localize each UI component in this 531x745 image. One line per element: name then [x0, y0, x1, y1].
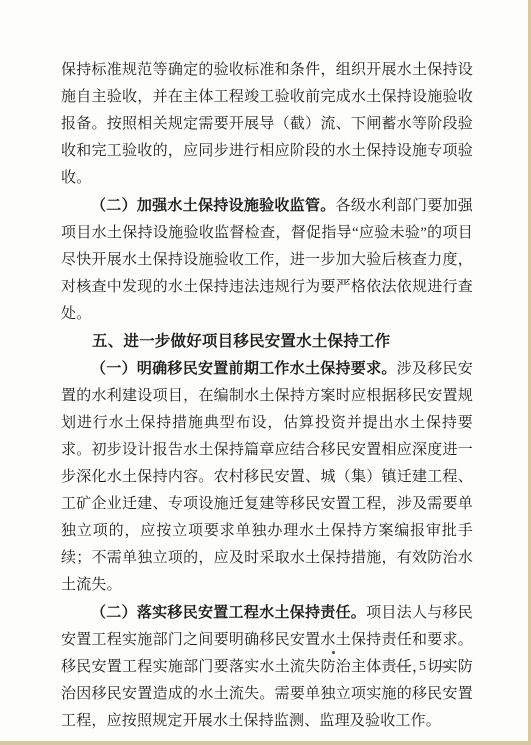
paragraph-text: 各级水利部门要加强项目水土保持设施验收监督检查，督促指导“应验未验”的项目尽快开… — [61, 198, 473, 322]
paragraph-resettlement-requirements: （一）明确移民安置前期工作水土保持要求。涉及移民安置的水利建设项目，在编制水土保… — [61, 355, 473, 599]
document-body: 保持标准规范等确定的验收标准和条件，组织开展水土保持设施自主验收，并在主体工程竣… — [61, 57, 473, 735]
section-heading: 五、进一步做好项目移民安置水土保持工作 — [61, 328, 473, 355]
paragraph-text: 保持标准规范等确定的验收标准和条件，组织开展水土保持设施自主验收，并在主体工程竣… — [61, 62, 473, 186]
paragraph-lead: （二）落实移民安置工程水土保持责任。 — [91, 604, 366, 621]
scan-speck — [332, 651, 335, 654]
page-number: — 5 — — [393, 659, 455, 675]
paragraph-lead: （二）加强水土保持设施验收监管。 — [91, 197, 336, 214]
paragraph-lead: （一）明确移民安置前期工作水土保持要求。 — [91, 360, 397, 377]
scan-edge-bottom — [0, 741, 531, 745]
paragraph-text: 涉及移民安置的水利建设项目，在编制水土保持方案时应根据移民安置规划进行水土保持措… — [61, 361, 473, 593]
paragraph-continuation: 保持标准规范等确定的验收标准和条件，组织开展水土保持设施自主验收，并在主体工程竣… — [61, 57, 473, 192]
paragraph-supervision: （二）加强水土保持设施验收监管。各级水利部门要加强项目水土保持设施验收监督检查，… — [61, 192, 473, 328]
scanned-document-page: 保持标准规范等确定的验收标准和条件，组织开展水土保持设施自主验收，并在主体工程竣… — [0, 0, 531, 745]
